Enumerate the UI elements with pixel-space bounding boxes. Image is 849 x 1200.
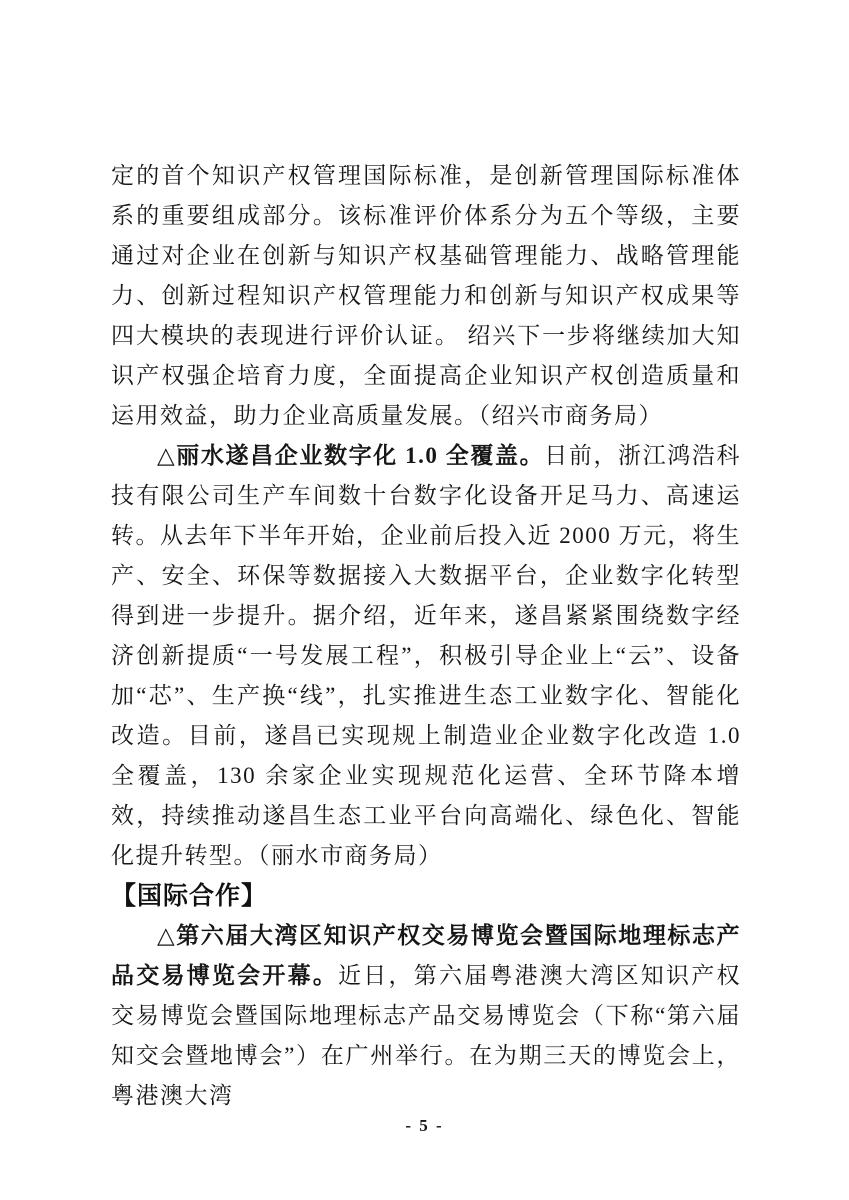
page-number: - 5 - <box>0 1116 849 1136</box>
news-entry-expo: △第六届大湾区知识产权交易博览会暨国际地理标志产品交易博览会开幕。近日，第六届粤… <box>111 916 741 1116</box>
paragraph-text: 定的首个知识产权管理国际标准，是创新管理国际标准体系的重要组成部分。该标准评价体… <box>111 163 741 428</box>
paragraph-continuation: 定的首个知识产权管理国际标准，是创新管理国际标准体系的重要组成部分。该标准评价体… <box>111 156 741 436</box>
page-number-label: - 5 - <box>405 1116 443 1135</box>
entry-text: 日前，浙江鸿浩科技有限公司生产车间数十台数字化设备开足马力、高速运转。从去年下半… <box>111 443 741 868</box>
entry-title: △丽水遂昌企业数字化 1.0 全覆盖。 <box>157 443 544 468</box>
document-page: 定的首个知识产权管理国际标准，是创新管理国际标准体系的重要组成部分。该标准评价体… <box>0 0 849 1200</box>
document-content: 定的首个知识产权管理国际标准，是创新管理国际标准体系的重要组成部分。该标准评价体… <box>111 156 741 1116</box>
news-entry-lishui-suichang: △丽水遂昌企业数字化 1.0 全覆盖。日前，浙江鸿浩科技有限公司生产车间数十台数… <box>111 436 741 876</box>
section-heading-international-cooperation: 【国际合作】 <box>111 876 741 916</box>
